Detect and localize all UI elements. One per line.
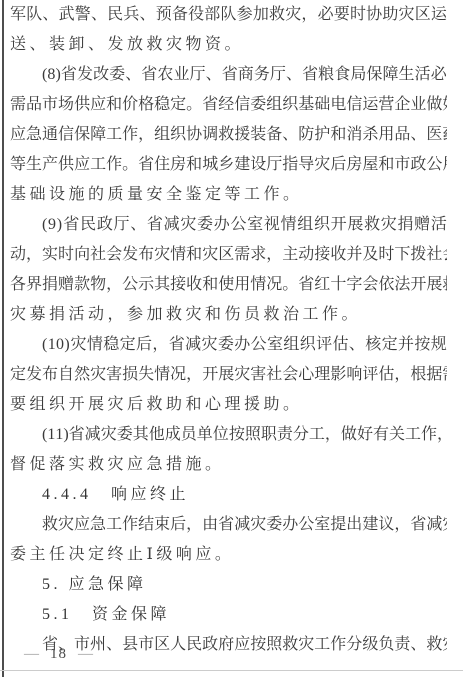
text-line: 需品市场供应和价格稳定。省经信委组织基础电信运营企业做好 bbox=[10, 90, 447, 120]
section-heading: 5.1 资金保障 bbox=[10, 600, 447, 630]
section-heading: 5. 应急保障 bbox=[10, 570, 447, 600]
text-line: (10) 灾情稳定后，省减灾委办公室组织评估、核定并按规 bbox=[10, 330, 447, 360]
text-line: (8) 省发改委、省农业厅、省商务厅、省粮食局保障生活必 bbox=[10, 60, 447, 90]
page-number: — 18 — bbox=[24, 644, 93, 664]
text-line: 应急通信保障工作，组织协调救援装备、防护和消杀用品、医药 bbox=[10, 120, 447, 150]
text-line: 军队、武警、民兵、预备役部队参加救灾，必要时协助灾区运 bbox=[10, 0, 447, 30]
text-line: 基础设施的质量安全鉴定等工作。 bbox=[10, 180, 447, 210]
text-line: 委主任决定终止Ⅰ级响应。 bbox=[10, 540, 447, 570]
text-line: (11) 省减灾委其他成员单位按照职责分工，做好有关工作， bbox=[10, 420, 447, 450]
document-page: 军队、武警、民兵、预备役部队参加救灾，必要时协助灾区运送、装卸、发放救灾物资。(… bbox=[0, 0, 463, 677]
bottom-page-rule bbox=[0, 670, 463, 671]
document-text: 军队、武警、民兵、预备役部队参加救灾，必要时协助灾区运送、装卸、发放救灾物资。(… bbox=[10, 0, 447, 660]
text-line: 定发布自然灾害损失情况，开展灾害社会心理影响评估，根据需 bbox=[10, 360, 447, 390]
text-line: 各界捐赠款物，公示其接收和使用情况。省红十字会依法开展救 bbox=[10, 270, 447, 300]
text-line: 要组织开展灾后救助和心理援助。 bbox=[10, 390, 447, 420]
section-heading: 4.4.4 响应终止 bbox=[10, 480, 447, 510]
page-number-dash-left: — bbox=[24, 646, 39, 663]
left-margin-rule bbox=[2, 0, 4, 677]
text-line: 督促落实救灾应急措施。 bbox=[10, 450, 447, 480]
page-number-value: 18 bbox=[50, 646, 67, 663]
text-line: 动，实时向社会发布灾情和灾区需求，主动接收并及时下拨社会 bbox=[10, 240, 447, 270]
page-number-dash-right: — bbox=[78, 646, 93, 663]
text-line: 灾募捐活动，参加救灾和伤员救治工作。 bbox=[10, 300, 447, 330]
text-line: 救灾应急工作结束后，由省减灾委办公室提出建议，省减灾 bbox=[10, 510, 447, 540]
text-line: 送、装卸、发放救灾物资。 bbox=[10, 30, 447, 60]
text-line: (9) 省民政厅、省减灾委办公室视情组织开展救灾捐赠活 bbox=[10, 210, 447, 240]
text-line: 等生产供应工作。省住房和城乡建设厅指导灾后房屋和市政公用 bbox=[10, 150, 447, 180]
